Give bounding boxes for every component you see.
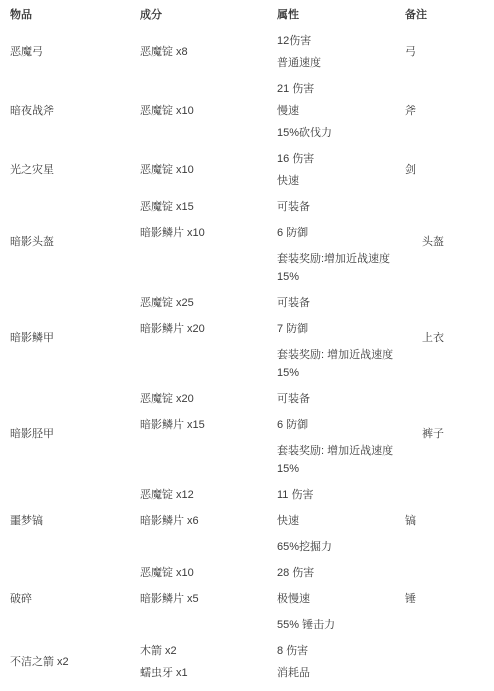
attribute-line: 6 防御 [277, 224, 402, 242]
note-cell: 斧 [402, 76, 494, 146]
ingredient-line: 暗影鳞片 x20 [140, 320, 267, 338]
item-name: 光之灾星 [10, 161, 130, 179]
attribute-cell: 套装奖励: 增加近战速度15% [267, 342, 402, 386]
note-text: 弓 [405, 43, 494, 61]
ingredient-line: 恶魔锭 x10 [140, 564, 267, 582]
item-name: 恶魔弓 [10, 43, 130, 61]
attribute-line: 11 伤害 [277, 486, 402, 504]
item-name: 暗影鳞甲 [10, 329, 130, 347]
attribute-line: 快速 [277, 512, 402, 530]
note-text: 头盔 [422, 233, 494, 251]
attribute-line: 套装奖励: 增加近战速度15% [277, 346, 402, 382]
item-cell: 暗夜战斧 [0, 76, 130, 146]
note-text: 剑 [405, 161, 494, 179]
ingredient-line: 恶魔锭 x12 [140, 486, 267, 504]
note-cell: 头盔 [402, 194, 494, 290]
header-row: 物品 成分 属性 备注 [0, 0, 494, 28]
col-header-item: 物品 [0, 0, 130, 28]
ingredient-cell [130, 612, 267, 638]
item-name: 不洁之箭 x2 [10, 653, 130, 671]
item-name: 暗影头盔 [10, 233, 130, 251]
table-header: 物品 成分 属性 备注 [0, 0, 494, 28]
ingredient-cell: 暗影鳞片 x15 [130, 412, 267, 438]
attribute-cell: 套装奖励: 增加近战速度15% [267, 438, 402, 482]
note-cell: 剑 [402, 146, 494, 194]
attribute-line: 消耗品 [277, 664, 402, 682]
note-text: 斧 [405, 102, 494, 120]
note-text: 裤子 [422, 425, 494, 443]
ingredient-cell: 恶魔锭 x20 [130, 386, 267, 412]
attribute-line: 可装备 [277, 198, 402, 216]
attribute-cell: 可装备 [267, 386, 402, 412]
item-cell: 光之灾星 [0, 146, 130, 194]
ingredient-cell: 暗影鳞片 x5 [130, 586, 267, 612]
col-header-attribute: 属性 [267, 0, 402, 28]
table-row: 暗夜战斧恶魔锭 x1021 伤害慢速15%砍伐力斧 [0, 76, 494, 146]
attribute-cell: 21 伤害慢速15%砍伐力 [267, 76, 402, 146]
ingredient-line: 恶魔锭 x10 [140, 161, 267, 179]
attribute-line: 15%砍伐力 [277, 124, 402, 142]
attribute-cell: 可装备 [267, 194, 402, 220]
attribute-line: 16 伤害 [277, 150, 402, 168]
item-name: 破碎 [10, 590, 130, 608]
attribute-cell: 16 伤害快速 [267, 146, 402, 194]
col-header-ingredient: 成分 [130, 0, 267, 28]
ingredient-cell: 暗影鳞片 x10 [130, 220, 267, 246]
attribute-cell: 6 防御 [267, 220, 402, 246]
note-text: 锤 [405, 590, 494, 608]
attribute-line: 12伤害 [277, 32, 402, 50]
attribute-cell: 12伤害普通速度 [267, 28, 402, 76]
item-name: 暗夜战斧 [10, 102, 130, 120]
ingredient-line: 恶魔锭 x8 [140, 43, 267, 61]
attribute-line: 极慢速 [277, 590, 402, 608]
note-text: 镐 [405, 512, 494, 530]
attribute-line: 可装备 [277, 294, 402, 312]
item-cell: 恶魔弓 [0, 28, 130, 76]
attribute-cell: 28 伤害 [267, 560, 402, 586]
attribute-line: 21 伤害 [277, 80, 402, 98]
table-body: 恶魔弓恶魔锭 x812伤害普通速度弓暗夜战斧恶魔锭 x1021 伤害慢速15%砍… [0, 28, 494, 686]
attribute-line: 28 伤害 [277, 564, 402, 582]
note-cell [402, 638, 494, 686]
attribute-line: 8 伤害 [277, 642, 402, 660]
table-row: 噩梦镐恶魔锭 x1211 伤害镐 [0, 482, 494, 508]
attribute-line: 套装奖励: 增加近战速度15% [277, 442, 402, 478]
ingredient-cell: 恶魔锭 x10 [130, 76, 267, 146]
table-row: 破碎恶魔锭 x1028 伤害锤 [0, 560, 494, 586]
item-cell: 暗影鳞甲 [0, 290, 130, 386]
ingredient-cell: 暗影鳞片 x20 [130, 316, 267, 342]
ingredient-line: 暗影鳞片 x6 [140, 512, 267, 530]
ingredient-cell: 恶魔锭 x8 [130, 28, 267, 76]
item-cell: 暗影头盔 [0, 194, 130, 290]
ingredient-cell: 恶魔锭 x10 [130, 146, 267, 194]
table-row: 不洁之箭 x2木箭 x2蠕虫牙 x18 伤害消耗品 [0, 638, 494, 686]
ingredient-cell: 恶魔锭 x15 [130, 194, 267, 220]
ingredient-line: 暗影鳞片 x10 [140, 224, 267, 242]
attribute-cell: 11 伤害 [267, 482, 402, 508]
attribute-cell: 套装奖励:增加近战速度15% [267, 246, 402, 290]
note-cell: 上衣 [402, 290, 494, 386]
attribute-cell: 65%挖掘力 [267, 534, 402, 560]
ingredient-line: 恶魔锭 x15 [140, 198, 267, 216]
item-cell: 破碎 [0, 560, 130, 638]
col-header-note: 备注 [402, 0, 494, 28]
ingredient-cell [130, 342, 267, 386]
ingredient-line: 蠕虫牙 x1 [140, 664, 267, 682]
attribute-cell: 6 防御 [267, 412, 402, 438]
table-row: 暗影鳞甲恶魔锭 x25可装备上衣 [0, 290, 494, 316]
ingredient-cell: 恶魔锭 x25 [130, 290, 267, 316]
ingredient-line: 暗影鳞片 x5 [140, 590, 267, 608]
note-cell: 裤子 [402, 386, 494, 482]
attribute-line: 可装备 [277, 390, 402, 408]
attribute-line: 7 防御 [277, 320, 402, 338]
note-cell: 锤 [402, 560, 494, 638]
attribute-cell: 快速 [267, 508, 402, 534]
attribute-line: 65%挖掘力 [277, 538, 402, 556]
table-row: 暗影头盔恶魔锭 x15可装备头盔 [0, 194, 494, 220]
attribute-line: 套装奖励:增加近战速度15% [277, 250, 402, 286]
attribute-cell: 极慢速 [267, 586, 402, 612]
attribute-line: 55% 锤击力 [277, 616, 402, 634]
ingredient-cell [130, 438, 267, 482]
attribute-line: 6 防御 [277, 416, 402, 434]
note-cell: 镐 [402, 482, 494, 560]
table-row: 光之灾星恶魔锭 x1016 伤害快速剑 [0, 146, 494, 194]
item-name: 噩梦镐 [10, 512, 130, 530]
ingredient-cell [130, 246, 267, 290]
attribute-cell: 7 防御 [267, 316, 402, 342]
ingredient-line: 恶魔锭 x10 [140, 102, 267, 120]
item-cell: 不洁之箭 x2 [0, 638, 130, 686]
item-cell: 暗影胫甲 [0, 386, 130, 482]
note-cell: 弓 [402, 28, 494, 76]
ingredient-line: 恶魔锭 x25 [140, 294, 267, 312]
ingredient-line: 恶魔锭 x20 [140, 390, 267, 408]
ingredient-cell: 恶魔锭 x10 [130, 560, 267, 586]
attribute-line: 快速 [277, 172, 402, 190]
attribute-line: 慢速 [277, 102, 402, 120]
note-text: 上衣 [422, 329, 494, 347]
attribute-cell: 8 伤害消耗品 [267, 638, 402, 686]
ingredient-line: 暗影鳞片 x15 [140, 416, 267, 434]
attribute-cell: 可装备 [267, 290, 402, 316]
ingredient-line: 木箭 x2 [140, 642, 267, 660]
ingredient-cell: 木箭 x2蠕虫牙 x1 [130, 638, 267, 686]
table-row: 恶魔弓恶魔锭 x812伤害普通速度弓 [0, 28, 494, 76]
attribute-line: 普通速度 [277, 54, 402, 72]
crafting-table: 物品 成分 属性 备注 恶魔弓恶魔锭 x812伤害普通速度弓暗夜战斧恶魔锭 x1… [0, 0, 494, 686]
ingredient-cell: 暗影鳞片 x6 [130, 508, 267, 534]
ingredient-cell: 恶魔锭 x12 [130, 482, 267, 508]
attribute-cell: 55% 锤击力 [267, 612, 402, 638]
ingredient-cell [130, 534, 267, 560]
table-row: 暗影胫甲恶魔锭 x20可装备裤子 [0, 386, 494, 412]
item-name: 暗影胫甲 [10, 425, 130, 443]
item-cell: 噩梦镐 [0, 482, 130, 560]
